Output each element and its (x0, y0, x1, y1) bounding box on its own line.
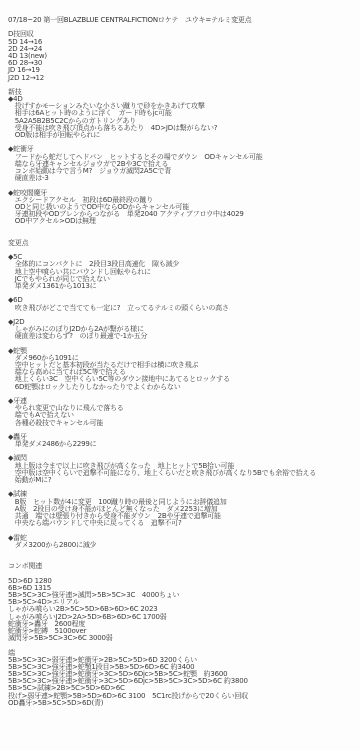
text-line: OD中アクセル>ODは無理 (8, 218, 360, 225)
text-line: OD轟牙>5B>5C>5D>6D(青) (8, 700, 360, 707)
text-line: 単発ダメ1361から1013に (8, 283, 360, 290)
blank-line (8, 556, 360, 563)
text-line: 滅閃牙>5B>5C>3C>6C 3000弱 (8, 635, 360, 642)
text-line: D技回収 (8, 31, 360, 38)
text-line: 硬直差は-3 (8, 175, 360, 182)
text-line: ダメ3200から2800に減少 (8, 542, 360, 549)
text-line: 5D>6D 1280 (8, 578, 360, 585)
blank-line (8, 82, 360, 89)
text-line: 4D 13(new) (8, 53, 360, 60)
blank-line (8, 527, 360, 534)
blank-line (8, 484, 360, 491)
blank-line (8, 290, 360, 297)
text-line: 単発ダメ2486から2299に (8, 441, 360, 448)
document-body: D技回収5D 14→162D 24→244D 13(new)6D 28→30JD… (8, 24, 360, 707)
blank-line (8, 139, 360, 146)
blank-line (8, 233, 360, 240)
text-line: 始動がMに? (8, 477, 360, 484)
blank-line (8, 247, 360, 254)
blank-line (8, 427, 360, 434)
blank-line (8, 642, 360, 649)
text-line: 中央なら端バウンドして中央に戻ってくる 追撃不可? (8, 520, 360, 527)
text-line: 硬直差は変わらず? のぼり最速で-1か五分 (8, 333, 360, 340)
text-line: 6D蛇顎はロックしたりしなかったりでよくわからない (8, 384, 360, 391)
blank-line (8, 24, 360, 31)
text-line: 6D 28→30 (8, 60, 360, 67)
blank-line (8, 225, 360, 232)
page-title: 07/18~20 第一回BLAZBLUE CENTRALFICTIONロケテ ユ… (8, 17, 360, 24)
text-line: 吹き飛びがどこで当てても一定に? 立ってるテルミの頭くらいの高さ (8, 305, 360, 312)
notes-document: 07/18~20 第一回BLAZBLUE CENTRALFICTIONロケテ ユ… (0, 0, 360, 750)
text-line: OD版は相手が回転やられに (8, 132, 360, 139)
blank-line (8, 340, 360, 347)
blank-line (8, 312, 360, 319)
text-line: JD 16→19 (8, 67, 360, 74)
text-line: 新技 (8, 89, 360, 96)
text-line: コンボ関連 (8, 563, 360, 570)
blank-line (8, 448, 360, 455)
blank-line (8, 391, 360, 398)
text-line: 空中版は空中くらいで追撃不可能になり、地上くらいだと吹き飛びが高くなり5Bでも余… (8, 470, 360, 477)
text-line: 各種必殺技でキャンセル可能 (8, 420, 360, 427)
blank-line (8, 570, 360, 577)
text-line: 変更点 (8, 240, 360, 247)
text-line: コンボ始動は今で言うM? ジョウガ滅閃2A5Cで青 (8, 168, 360, 175)
text-line: J2D 12→12 (8, 75, 360, 82)
text-line: 5D 14→16 (8, 39, 360, 46)
text-line: 2D 24→24 (8, 46, 360, 53)
blank-line (8, 549, 360, 556)
blank-line (8, 182, 360, 189)
